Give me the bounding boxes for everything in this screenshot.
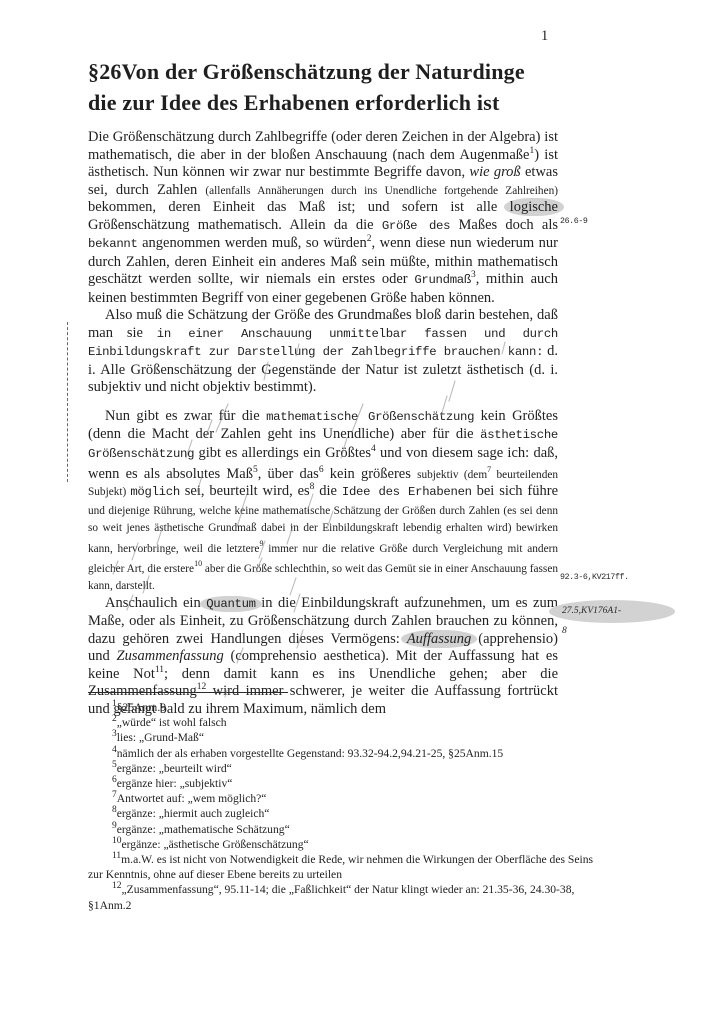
- text-segment: (allenfalls Annäherungen durch ins Unend…: [205, 185, 558, 197]
- section-title-line-1: §26Von der Größenschätzung der Naturding…: [88, 59, 525, 84]
- text-segment: Zusammenfassung: [117, 648, 224, 664]
- footnote: 6ergänze hier: „subjektiv“: [88, 776, 605, 791]
- footnote-reference: 11: [155, 665, 164, 675]
- footnote-text: ergänze hier: „subjektiv“: [117, 777, 233, 790]
- paragraph: Die Größenschätzung durch Zahlbegriffe (…: [88, 129, 558, 307]
- text-segment: in einer Anschauung unmittelbar fassen u…: [88, 327, 558, 360]
- section-title-line-2: die zur Idee des Erhabenen erforderlich …: [88, 90, 500, 115]
- text-segment: Idee des Erhabenen: [342, 485, 472, 499]
- footnote-text: ergänze: „hiermit auch zugleich“: [117, 807, 270, 820]
- text-segment: Nun gibt es zwar für die: [105, 408, 266, 424]
- footnote-number: 12: [112, 882, 122, 892]
- margin-annotation: 26.6-9: [560, 217, 587, 226]
- footnote-text: lies: „Grund-Maß“: [117, 731, 204, 744]
- text-segment: Die Größenschätzung durch Zahlbegriffe (…: [88, 129, 558, 163]
- footnote-rule: [88, 692, 288, 693]
- text-segment: kein größeres: [324, 466, 418, 482]
- page-number: 1: [541, 28, 548, 45]
- text-segment: sei, beurteilt wird, es: [180, 483, 310, 499]
- text-segment: subjektiv (dem: [417, 469, 487, 481]
- footnote-text: „Zusammenfassung“, 95.11-14; die „Faßlic…: [88, 883, 574, 911]
- highlighted-text: Auffassung: [401, 630, 477, 648]
- footnote: 10ergänze: „ästhetische Größenschätzung“: [88, 837, 605, 852]
- text-segment: mathematische Größenschätzung: [266, 410, 474, 424]
- document-page: 1 §26Von der Größenschätzung der Naturdi…: [0, 0, 724, 1024]
- text-segment: bekannt: [88, 237, 138, 251]
- footnotes-section: 1§25Anm.92„würde“ ist wohl falsch3lies: …: [88, 692, 605, 913]
- body-text: Die Größenschätzung durch Zahlbegriffe (…: [88, 129, 558, 718]
- footnote: 2„würde“ ist wohl falsch: [88, 715, 605, 730]
- footnote-text: ergänze: „ästhetische Größenschätzung“: [122, 838, 309, 851]
- footnote-text: nämlich der als erhaben vorgestellte Geg…: [117, 747, 503, 760]
- text-segment: Größenschätzung mathematisch. Allein da …: [88, 217, 382, 233]
- text-segment: wie groß: [469, 164, 520, 180]
- paragraph: Nun gibt es zwar für die mathematische G…: [88, 408, 558, 595]
- footnote-number: 11: [112, 851, 121, 861]
- footnote: 8ergänze: „hiermit auch zugleich“: [88, 806, 605, 821]
- text-segment: gibt es allerdings ein Größtes: [194, 445, 371, 461]
- footnote: 11m.a.W. es ist nicht von Notwendigkeit …: [88, 852, 605, 882]
- footnote: 5ergänze: „beurteilt wird“: [88, 761, 605, 776]
- footnote-text: Antwortet auf: „wem möglich?“: [117, 792, 267, 805]
- text-segment: Anschaulich ein: [105, 595, 206, 611]
- footnote-reference: 10: [194, 559, 202, 568]
- footnote: 1§25Anm.9: [88, 700, 605, 715]
- text-segment: die: [314, 483, 341, 499]
- footnote: 7Antwortet auf: „wem möglich?“: [88, 791, 605, 806]
- footnote: 4nämlich der als erhaben vorgestellte Ge…: [88, 746, 605, 761]
- text-segment: Grundmaß: [414, 273, 471, 287]
- footnote-list: 1§25Anm.92„würde“ ist wohl falsch3lies: …: [88, 700, 605, 913]
- text-segment: bei sich führe: [472, 483, 558, 499]
- footnote-text: ergänze: „beurteilt wird“: [117, 762, 232, 775]
- footnote-text: §25Anm.9: [117, 701, 166, 714]
- text-segment: angenommen werden muß, so würden: [138, 235, 367, 251]
- text-segment: Maßes doch als: [450, 217, 558, 233]
- footnote: 12„Zusammenfassung“, 95.11-14; die „Faßl…: [88, 882, 605, 912]
- footnote: 3lies: „Grund-Maß“: [88, 730, 605, 745]
- highlighted-text: Quantum: [200, 596, 262, 612]
- text-segment: möglich: [130, 485, 180, 499]
- footnote: 9ergänze: „mathematische Schätzung“: [88, 822, 605, 837]
- footnote-number: 10: [112, 836, 122, 846]
- text-segment: bekommen, deren Einheit das Maß ist; und…: [88, 199, 510, 215]
- footnote-text: „würde“ ist wohl falsch: [117, 716, 227, 729]
- highlighted-text: logische: [504, 198, 564, 216]
- footnote-text: ergänze: „mathematische Schätzung“: [117, 823, 290, 836]
- footnote-text: m.a.W. es ist nicht von Notwendigkeit di…: [88, 853, 593, 881]
- text-segment: , über das: [258, 466, 319, 482]
- paragraph: Also muß die Schätzung der Größe des Gru…: [88, 307, 558, 397]
- margin-annotation: 8: [562, 626, 567, 636]
- text-segment: Größe des: [382, 219, 450, 233]
- pencil-margin-line: [67, 322, 68, 482]
- margin-annotation: 27.5,KV176A1-: [562, 606, 621, 616]
- margin-annotation: 92.3-6,KV217ff.: [560, 573, 629, 582]
- section-title: §26Von der Größenschätzung der Naturding…: [88, 56, 608, 118]
